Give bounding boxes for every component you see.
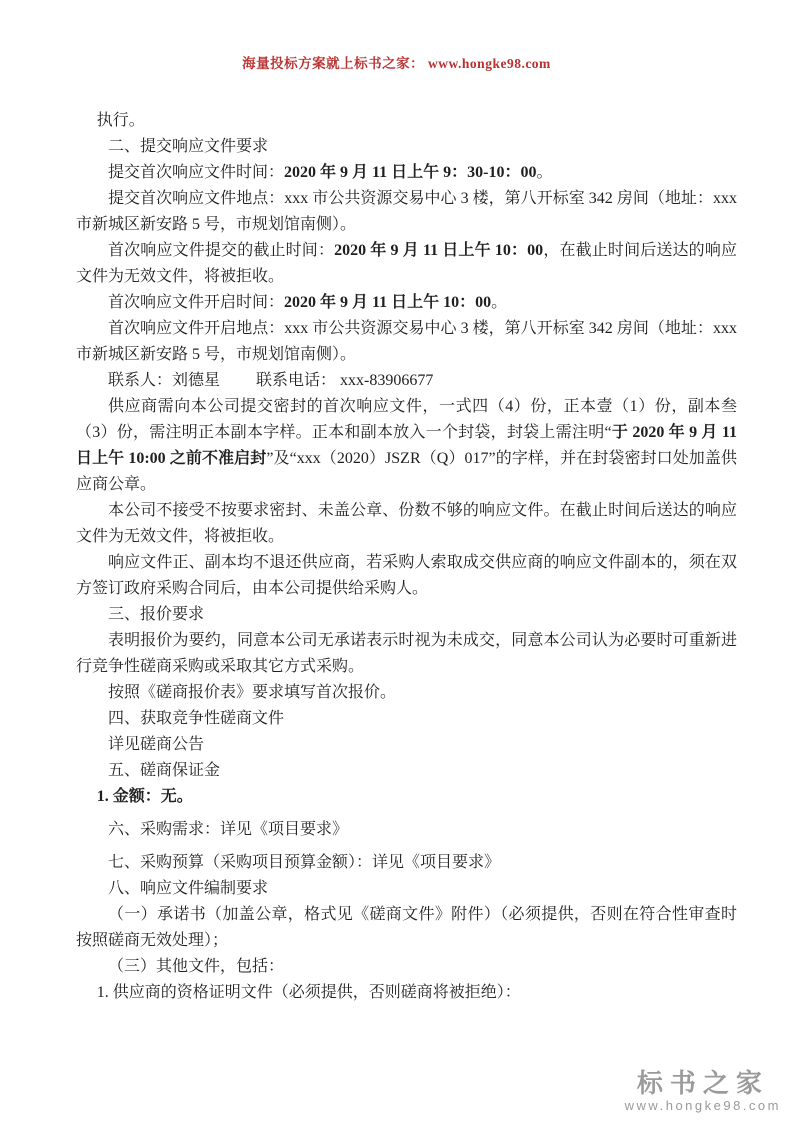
watermark: 标书之家 www.hongke98.com (625, 1069, 781, 1114)
text-run: 八、响应文件编制要求 (108, 880, 268, 897)
watermark-logo-text: 标书之家 (625, 1069, 781, 1097)
paragraph: 首次响应文件提交的截止时间：2020 年 9 月 11 日上午 10：00，在截… (76, 238, 737, 290)
paragraph: （一）承诺书（加盖公章，格式见《磋商文件》附件）（必须提供，否则在符合性审查时按… (76, 902, 737, 954)
text-run: 1. 供应商的资格证明文件（必须提供，否则磋商将被拒绝）： (97, 984, 521, 1001)
paragraph: 七、采购预算（采购项目预算金额）：详见《项目要求》 (76, 850, 737, 876)
text-run: 详见磋商公告 (108, 736, 204, 753)
paragraph: 三、报价要求 (76, 602, 737, 628)
paragraph: 五、磋商保证金 (76, 758, 737, 784)
text-run: 联系人：刘德星 联系电话： xxx-83906677 (108, 372, 433, 389)
paragraph: 响应文件正、副本均不退还供应商，若采购人索取成交供应商的响应文件副本的，须在双方… (76, 550, 737, 602)
paragraph: 提交首次响应文件时间：2020 年 9 月 11 日上午 9：30-10：00。 (76, 160, 737, 186)
text-run: 。 (536, 164, 552, 181)
document-page: 海量投标方案就上标书之家： www.hongke98.com 执行。二、提交响应… (0, 0, 793, 1122)
paragraph: 供应商需向本公司提交密封的首次响应文件，一式四（4）份，正本壹（1）份，副本叁（… (76, 394, 737, 498)
paragraph: 表明报价为要约，同意本公司无承诺表示时视为未成交，同意本公司认为必要时可重新进行… (76, 628, 737, 680)
paragraph: 1. 供应商的资格证明文件（必须提供，否则磋商将被拒绝）： (76, 980, 737, 1006)
text-run: （一）承诺书（加盖公章，格式见《磋商文件》附件）（必须提供，否则在符合性审查时按… (76, 906, 737, 949)
paragraph: 详见磋商公告 (76, 732, 737, 758)
text-run: 提交首次响应文件时间： (108, 164, 284, 181)
bold-text-run: 2020 年 9 月 11 日上午 9：30-10：00 (284, 164, 536, 181)
text-run: 六、采购需求：详见《项目要求》 (108, 821, 348, 838)
paragraph: 二、提交响应文件要求 (76, 134, 737, 160)
header-promo-text: 海量投标方案就上标书之家： www.hongke98.com (242, 56, 551, 71)
document-body: 执行。二、提交响应文件要求提交首次响应文件时间：2020 年 9 月 11 日上… (76, 108, 737, 1006)
paragraph: （三）其他文件，包括： (76, 954, 737, 980)
text-run: 执行。 (97, 112, 145, 129)
text-run: 二、提交响应文件要求 (108, 138, 268, 155)
paragraph: 按照《磋商报价表》要求填写首次报价。 (76, 680, 737, 706)
paragraph: 六、采购需求：详见《项目要求》 (76, 817, 737, 843)
text-run: 首次响应文件开启时间： (108, 294, 284, 311)
paragraph: 本公司不接受不按要求密封、未盖公章、份数不够的响应文件。在截止时间后送达的响应文… (76, 498, 737, 550)
paragraph: 联系人：刘德星 联系电话： xxx-83906677 (76, 368, 737, 394)
paragraph: 执行。 (76, 108, 737, 134)
text-run: 四、获取竞争性磋商文件 (108, 710, 284, 727)
text-run: 。 (491, 294, 507, 311)
text-run: 首次响应文件提交的截止时间： (108, 242, 334, 259)
paragraph: 八、响应文件编制要求 (76, 876, 737, 902)
paragraph: 首次响应文件开启时间：2020 年 9 月 11 日上午 10：00。 (76, 290, 737, 316)
bold-text-run: 2020 年 9 月 11 日上午 10：00 (334, 242, 543, 259)
text-run: 五、磋商保证金 (108, 762, 220, 779)
text-run: 按照《磋商报价表》要求填写首次报价。 (108, 684, 396, 701)
text-run: 首次响应文件开启地点：xxx 市公共资源交易中心 3 楼，第八开标室 342 房… (76, 320, 741, 363)
bold-text-run: 2020 年 9 月 11 日上午 10：00 (284, 294, 491, 311)
paragraph: 1. 金额：无。 (76, 784, 737, 810)
text-run: 响应文件正、副本均不退还供应商，若采购人索取成交供应商的响应文件副本的，须在双方… (76, 554, 737, 597)
bold-text-run: 1. 金额：无。 (97, 788, 193, 805)
text-run: 三、报价要求 (108, 606, 204, 623)
text-run: （三）其他文件，包括： (108, 958, 284, 975)
watermark-url: www.hongke98.com (625, 1097, 781, 1114)
text-run: 提交首次响应文件地点：xxx 市公共资源交易中心 3 楼，第八开标室 342 房… (76, 190, 741, 233)
text-run: 表明报价为要约，同意本公司无承诺表示时视为未成交，同意本公司认为必要时可重新进行… (76, 632, 737, 675)
text-run: 七、采购预算（采购项目预算金额）：详见《项目要求》 (108, 854, 500, 871)
paragraph: 四、获取竞争性磋商文件 (76, 706, 737, 732)
text-run: 本公司不接受不按要求密封、未盖公章、份数不够的响应文件。在截止时间后送达的响应文… (76, 502, 737, 545)
page-header: 海量投标方案就上标书之家： www.hongke98.com (0, 0, 793, 72)
paragraph: 提交首次响应文件地点：xxx 市公共资源交易中心 3 楼，第八开标室 342 房… (76, 186, 737, 238)
paragraph: 首次响应文件开启地点：xxx 市公共资源交易中心 3 楼，第八开标室 342 房… (76, 316, 737, 368)
